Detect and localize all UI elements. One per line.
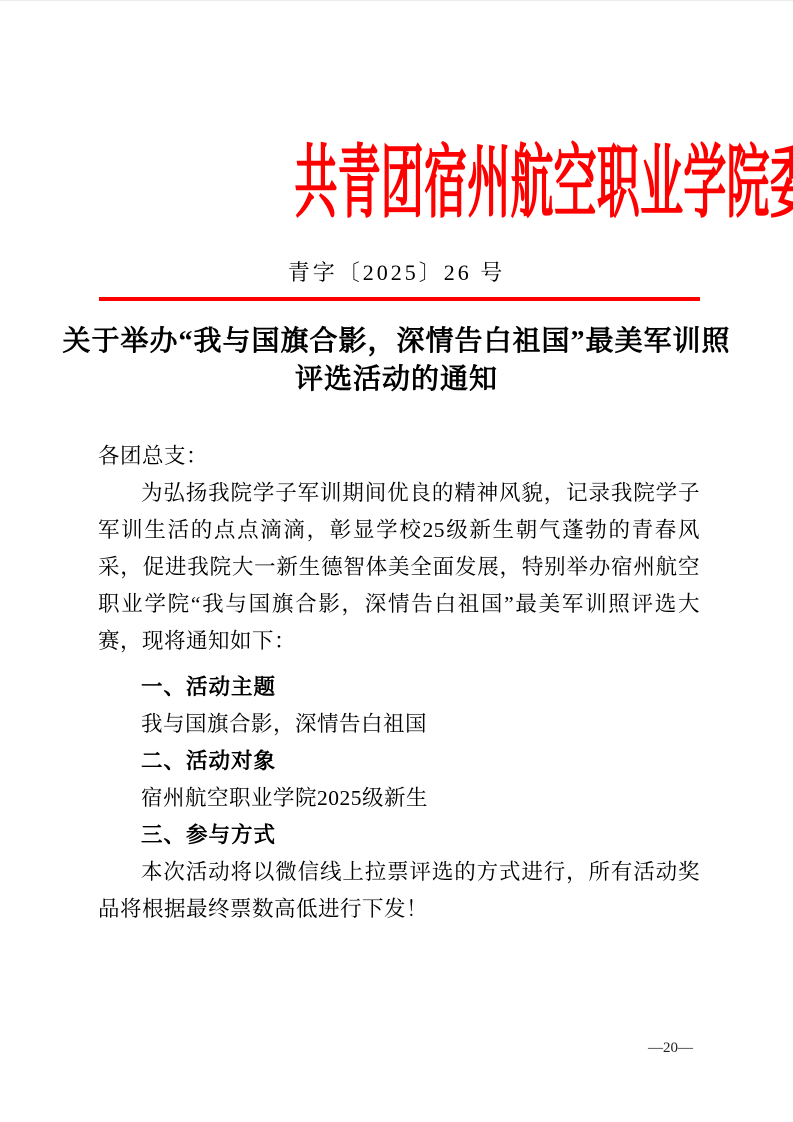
red-separator-line xyxy=(99,297,700,301)
section-3-content: 本次活动将以微信线上拉票评选的方式进行，所有活动奖品将根据最终票数高低进行下发！ xyxy=(98,854,700,928)
org-title: 共青团宿州航空职业学院委员会文件 xyxy=(294,139,793,227)
salutation: 各团总支： xyxy=(98,438,700,475)
section-1-content: 我与国旗合影，深情告白祖国 xyxy=(98,706,700,743)
section-2-content: 宿州航空职业学院2025级新生 xyxy=(98,780,700,817)
document-title-line2: 评选活动的通知 xyxy=(55,361,738,399)
document-body: 各团总支： 为弘扬我院学子军训期间优良的精神风貌，记录我院学子军训生活的点点滴滴… xyxy=(98,438,700,928)
section-1-heading: 一、活动主题 xyxy=(98,669,700,706)
document-page: 共青团宿州航空职业学院委员会文件 青字〔2025〕26 号 关于举办“我与国旗合… xyxy=(0,0,793,1122)
document-title: 关于举办“我与国旗合影，深情告白祖国”最美军训照 评选活动的通知 xyxy=(55,323,738,399)
page-number: —20— xyxy=(648,1039,693,1057)
red-header-banner: 共青团宿州航空职业学院委员会文件 xyxy=(0,139,793,227)
section-2-heading: 二、活动对象 xyxy=(98,743,700,780)
section-3-heading: 三、参与方式 xyxy=(98,817,700,854)
document-title-line1: 关于举办“我与国旗合影，深情告白祖国”最美军训照 xyxy=(55,323,738,361)
doc-number: 青字〔2025〕26 号 xyxy=(0,259,793,287)
intro-paragraph: 为弘扬我院学子军训期间优良的精神风貌，记录我院学子军训生活的点点滴滴，彰显学校2… xyxy=(98,475,700,660)
